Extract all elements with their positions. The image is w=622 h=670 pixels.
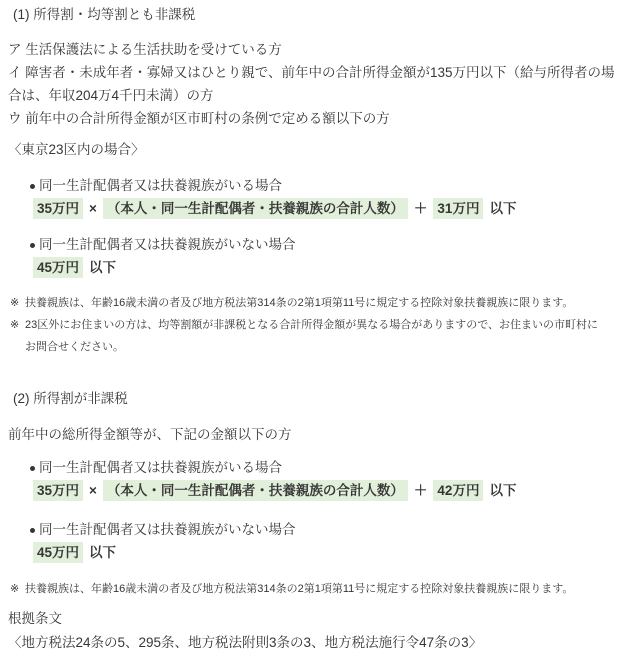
legal-references: 〈地方税法24条の5、295条、地方税法附則3条の3、地方税法施行令47条の3〉 [8, 635, 622, 651]
case-without-dependents-label: 同一生計配偶者又は扶養親族がいない場合 [39, 522, 296, 538]
note-marker: ※ [10, 578, 25, 600]
case-with-dependents-label: 同一生計配偶者又は扶養親族がいる場合 [39, 460, 282, 476]
formula-amount: 45万円 [33, 542, 83, 563]
note-marker: ※ [10, 314, 25, 358]
section2-case-with-dependents: 同一生計配偶者又は扶養親族がいる場合 35万円×（本人・同一生計配偶者・扶養親族… [8, 460, 622, 502]
bullet-icon [30, 184, 35, 189]
formula-amount: 45万円 [33, 257, 83, 278]
case-label-row: 同一生計配偶者又は扶養親族がいない場合 [30, 237, 622, 253]
case-without-dependents-label: 同一生計配偶者又は扶養親族がいない場合 [39, 237, 296, 253]
case-label-row: 同一生計配偶者又は扶養親族がいない場合 [30, 522, 622, 538]
section1-threshold-amount: 45万円以下 [33, 257, 622, 279]
case-with-dependents-label: 同一生計配偶者又は扶養親族がいる場合 [39, 178, 282, 194]
condition-item-u: ウ 前年中の合計所得金額が区市町村の条例で定める額以下の方 [8, 107, 622, 130]
tokyo23-subheading: 〈東京23区内の場合〉 [8, 142, 622, 158]
section2-threshold-amount: 45万円以下 [33, 542, 622, 564]
formula-base-amount: 35万円 [33, 480, 83, 501]
condition-item-i: イ 障害者・未成年者・寡婦又はひとり親で、前年中の合計所得金額が135万円以下（… [8, 61, 622, 107]
section2-case-without-dependents: 同一生計配偶者又は扶養親族がいない場合 45万円以下 [8, 522, 622, 564]
formula-addition-amount: 42万円 [433, 480, 483, 501]
note-outside-23wards: ※ 23区外にお住まいの方は、均等割額が非課税となる合計所得金額が異なる場合があ… [10, 314, 622, 358]
note-dependents-definition: ※ 扶養親族は、年齢16歳未満の者及び地方税法第314条の2第1項第11号に規定… [10, 578, 622, 600]
note-marker: ※ [10, 292, 25, 314]
document-page: (1) 所得割・均等割とも非課税 ア 生活保護法による生活扶助を受けている方 イ… [0, 0, 622, 670]
bullet-icon [30, 528, 35, 533]
case-label-row: 同一生計配偶者又は扶養親族がいる場合 [30, 178, 622, 194]
note-text: 23区外にお住まいの方は、均等割額が非課税となる合計所得金額が異なる場合がありま… [25, 314, 622, 358]
formula-suffix: 以下 [89, 260, 116, 275]
formula-base-amount: 35万円 [33, 198, 83, 219]
section1-heading: (1) 所得割・均等割とも非課税 [13, 7, 622, 23]
section1-exemption-formula: 35万円×（本人・同一生計配偶者・扶養親族の合計人数）＋31万円以下 [33, 198, 622, 220]
multiply-operator: × [89, 483, 97, 498]
plus-operator: ＋ [414, 483, 428, 498]
note-dependents-definition: ※ 扶養親族は、年齢16歳未満の者及び地方税法第314条の2第1項第11号に規定… [10, 292, 622, 314]
bullet-icon [30, 466, 35, 471]
section1-conditions: ア 生活保護法による生活扶助を受けている方 イ 障害者・未成年者・寡婦又はひとり… [8, 38, 622, 130]
section1-notes: ※ 扶養親族は、年齢16歳未満の者及び地方税法第314条の2第1項第11号に規定… [8, 292, 622, 358]
legal-heading: 根拠条文 [8, 611, 622, 627]
formula-suffix: 以下 [489, 201, 516, 216]
section2-notes: ※ 扶養親族は、年齢16歳未満の者及び地方税法第314条の2第1項第11号に規定… [8, 578, 622, 600]
formula-factor: （本人・同一生計配偶者・扶養親族の合計人数） [103, 198, 408, 219]
plus-operator: ＋ [414, 201, 428, 216]
case-label-row: 同一生計配偶者又は扶養親族がいる場合 [30, 460, 622, 476]
formula-suffix: 以下 [89, 545, 116, 560]
note-text: 扶養親族は、年齢16歳未満の者及び地方税法第314条の2第1項第11号に規定する… [25, 578, 622, 600]
formula-factor: （本人・同一生計配偶者・扶養親族の合計人数） [103, 480, 408, 501]
note-text: 扶養親族は、年齢16歳未満の者及び地方税法第314条の2第1項第11号に規定する… [25, 292, 622, 314]
formula-addition-amount: 31万円 [433, 198, 483, 219]
section1-case-without-dependents: 同一生計配偶者又は扶養親族がいない場合 45万円以下 [8, 237, 622, 279]
section1-case-with-dependents: 同一生計配偶者又は扶養親族がいる場合 35万円×（本人・同一生計配偶者・扶養親族… [8, 178, 622, 220]
condition-item-a: ア 生活保護法による生活扶助を受けている方 [8, 38, 622, 61]
multiply-operator: × [89, 201, 97, 216]
bullet-icon [30, 243, 35, 248]
section2-exemption-formula: 35万円×（本人・同一生計配偶者・扶養親族の合計人数）＋42万円以下 [33, 480, 622, 502]
formula-suffix: 以下 [489, 483, 516, 498]
section2-heading: (2) 所得割が非課税 [13, 391, 622, 407]
section2-lead: 前年中の総所得金額等が、下記の金額以下の方 [8, 427, 622, 443]
